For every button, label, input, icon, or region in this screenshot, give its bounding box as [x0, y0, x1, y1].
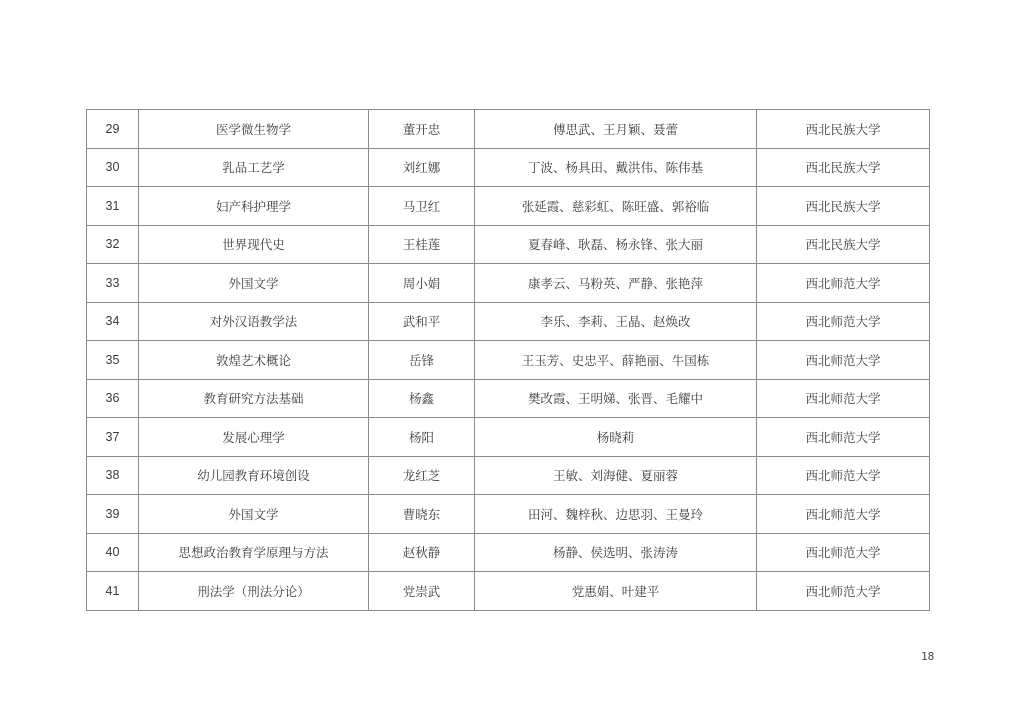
- course-lead-cell: 赵秋静: [369, 533, 475, 572]
- row-number-cell: 37: [87, 418, 139, 457]
- table-row: 36教育研究方法基础杨鑫樊改霞、王明娣、张晋、毛耀中西北师范大学: [87, 379, 930, 418]
- team-members-cell: 田河、魏梓秋、边思羽、王曼玲: [475, 495, 757, 534]
- team-members-cell: 杨晓莉: [475, 418, 757, 457]
- row-number-cell: 32: [87, 225, 139, 264]
- table-row: 30乳品工艺学刘红娜丁波、杨具田、戴洪伟、陈伟基西北民族大学: [87, 148, 930, 187]
- institution-cell: 西北师范大学: [757, 379, 930, 418]
- table-row: 38幼儿园教育环境创设龙红芝王敏、刘海健、夏丽蓉西北师范大学: [87, 456, 930, 495]
- course-name-cell: 外国文学: [139, 495, 369, 534]
- course-name-cell: 乳品工艺学: [139, 148, 369, 187]
- course-lead-cell: 杨鑫: [369, 379, 475, 418]
- institution-cell: 西北师范大学: [757, 572, 930, 611]
- course-lead-cell: 杨阳: [369, 418, 475, 457]
- team-members-cell: 张延霞、慈彩虹、陈旺盛、郭裕临: [475, 187, 757, 226]
- institution-cell: 西北师范大学: [757, 456, 930, 495]
- team-members-cell: 杨静、侯选明、张涛涛: [475, 533, 757, 572]
- institution-cell: 西北民族大学: [757, 225, 930, 264]
- institution-cell: 西北民族大学: [757, 110, 930, 149]
- table-row: 40思想政治教育学原理与方法赵秋静杨静、侯选明、张涛涛西北师范大学: [87, 533, 930, 572]
- row-number-cell: 33: [87, 264, 139, 303]
- course-name-cell: 思想政治教育学原理与方法: [139, 533, 369, 572]
- course-name-cell: 敦煌艺术概论: [139, 341, 369, 380]
- row-number-cell: 34: [87, 302, 139, 341]
- course-lead-cell: 曹晓东: [369, 495, 475, 534]
- team-members-cell: 李乐、李莉、王晶、赵焕改: [475, 302, 757, 341]
- institution-cell: 西北师范大学: [757, 302, 930, 341]
- course-name-cell: 教育研究方法基础: [139, 379, 369, 418]
- row-number-cell: 31: [87, 187, 139, 226]
- course-name-cell: 医学微生物学: [139, 110, 369, 149]
- institution-cell: 西北民族大学: [757, 148, 930, 187]
- institution-cell: 西北师范大学: [757, 341, 930, 380]
- course-name-cell: 妇产科护理学: [139, 187, 369, 226]
- team-members-cell: 傅思武、王月颖、聂蕾: [475, 110, 757, 149]
- row-number-cell: 40: [87, 533, 139, 572]
- course-name-cell: 发展心理学: [139, 418, 369, 457]
- course-name-cell: 刑法学（刑法分论）: [139, 572, 369, 611]
- row-number-cell: 29: [87, 110, 139, 149]
- table-row: 34对外汉语教学法武和平李乐、李莉、王晶、赵焕改西北师范大学: [87, 302, 930, 341]
- course-name-cell: 幼儿园教育环境创设: [139, 456, 369, 495]
- institution-cell: 西北师范大学: [757, 264, 930, 303]
- course-lead-cell: 刘红娜: [369, 148, 475, 187]
- team-members-cell: 康孝云、马粉英、严静、张艳萍: [475, 264, 757, 303]
- course-lead-cell: 龙红芝: [369, 456, 475, 495]
- page-number: 18: [921, 650, 934, 663]
- course-name-cell: 外国文学: [139, 264, 369, 303]
- team-members-cell: 樊改霞、王明娣、张晋、毛耀中: [475, 379, 757, 418]
- course-lead-cell: 马卫红: [369, 187, 475, 226]
- course-lead-cell: 武和平: [369, 302, 475, 341]
- course-lead-cell: 董开忠: [369, 110, 475, 149]
- table-body: 29医学微生物学董开忠傅思武、王月颖、聂蕾西北民族大学30乳品工艺学刘红娜丁波、…: [87, 110, 930, 611]
- course-lead-cell: 岳锋: [369, 341, 475, 380]
- document-page: 29医学微生物学董开忠傅思武、王月颖、聂蕾西北民族大学30乳品工艺学刘红娜丁波、…: [0, 0, 1024, 724]
- course-name-cell: 对外汉语教学法: [139, 302, 369, 341]
- institution-cell: 西北师范大学: [757, 418, 930, 457]
- table-row: 39外国文学曹晓东田河、魏梓秋、边思羽、王曼玲西北师范大学: [87, 495, 930, 534]
- team-members-cell: 党惠娟、叶建平: [475, 572, 757, 611]
- row-number-cell: 41: [87, 572, 139, 611]
- row-number-cell: 36: [87, 379, 139, 418]
- table-row: 29医学微生物学董开忠傅思武、王月颖、聂蕾西北民族大学: [87, 110, 930, 149]
- institution-cell: 西北民族大学: [757, 187, 930, 226]
- table-row: 31妇产科护理学马卫红张延霞、慈彩虹、陈旺盛、郭裕临西北民族大学: [87, 187, 930, 226]
- course-lead-cell: 党崇武: [369, 572, 475, 611]
- course-lead-cell: 王桂莲: [369, 225, 475, 264]
- table-row: 35敦煌艺术概论岳锋王玉芳、史忠平、薛艳丽、牛国栋西北师范大学: [87, 341, 930, 380]
- team-members-cell: 丁波、杨具田、戴洪伟、陈伟基: [475, 148, 757, 187]
- table-row: 33外国文学周小娟康孝云、马粉英、严静、张艳萍西北师范大学: [87, 264, 930, 303]
- row-number-cell: 39: [87, 495, 139, 534]
- table-row: 37发展心理学杨阳杨晓莉西北师范大学: [87, 418, 930, 457]
- course-name-cell: 世界现代史: [139, 225, 369, 264]
- row-number-cell: 30: [87, 148, 139, 187]
- institution-cell: 西北师范大学: [757, 495, 930, 534]
- team-members-cell: 夏春峰、耿磊、杨永锋、张大丽: [475, 225, 757, 264]
- institution-cell: 西北师范大学: [757, 533, 930, 572]
- row-number-cell: 35: [87, 341, 139, 380]
- team-members-cell: 王玉芳、史忠平、薛艳丽、牛国栋: [475, 341, 757, 380]
- course-lead-cell: 周小娟: [369, 264, 475, 303]
- table-row: 32世界现代史王桂莲夏春峰、耿磊、杨永锋、张大丽西北民族大学: [87, 225, 930, 264]
- team-members-cell: 王敏、刘海健、夏丽蓉: [475, 456, 757, 495]
- course-roster-table: 29医学微生物学董开忠傅思武、王月颖、聂蕾西北民族大学30乳品工艺学刘红娜丁波、…: [86, 109, 930, 611]
- table-row: 41刑法学（刑法分论）党崇武党惠娟、叶建平西北师范大学: [87, 572, 930, 611]
- row-number-cell: 38: [87, 456, 139, 495]
